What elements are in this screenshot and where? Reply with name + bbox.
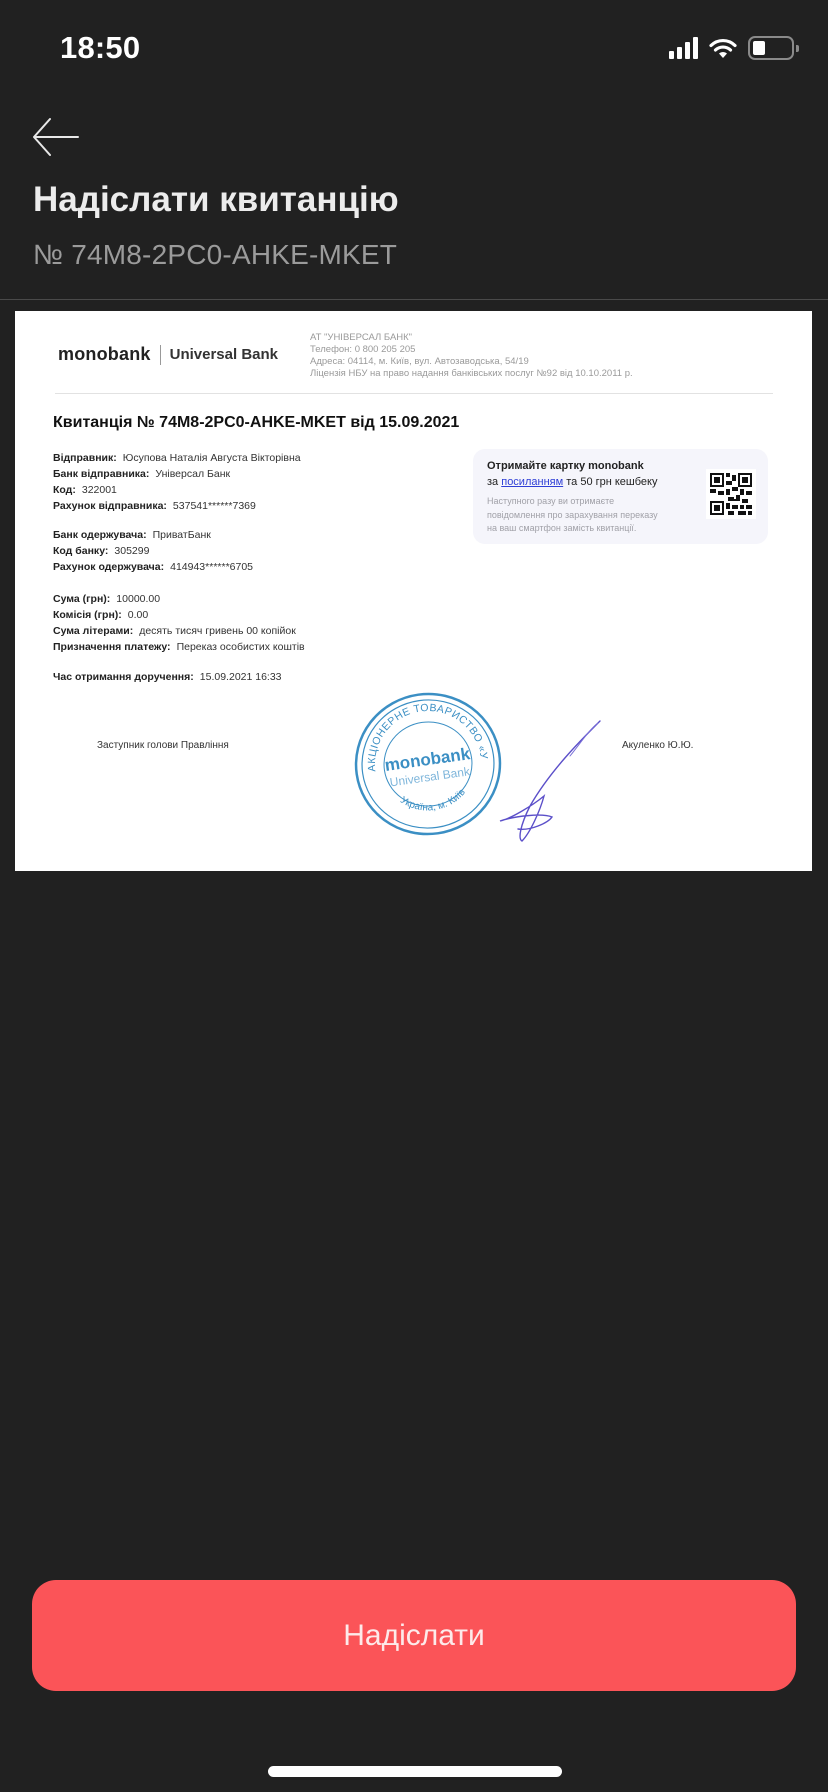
field-value: 414943******6705 — [170, 561, 253, 573]
logo-sub: Universal Bank — [170, 346, 278, 363]
bank-info-line: Адреса: 04114, м. Київ, вул. Автозаводсь… — [310, 356, 633, 368]
header-divider — [0, 299, 828, 300]
field-value: 305299 — [114, 545, 149, 557]
amount-fields: Сума (грн):10000.00Комісія (грн):0.00Сум… — [53, 591, 305, 655]
field-value: 537541******7369 — [173, 500, 256, 512]
promo-note: Наступного разу ви отримаєте повідомленн… — [487, 495, 662, 536]
field-value: Переказ особистих коштів — [177, 641, 305, 653]
field-value: Універсал Банк — [155, 468, 230, 480]
status-icons — [669, 36, 794, 60]
field-value: ПриватБанк — [153, 529, 211, 541]
field-row: Код:322001 — [53, 482, 301, 498]
field-label: Час отримання доручення: — [53, 671, 194, 683]
field-row: Призначення платежу:Переказ особистих ко… — [53, 639, 305, 655]
field-value: 10000.00 — [116, 593, 160, 605]
wifi-icon — [708, 37, 738, 59]
field-value: Юсупова Наталія Августа Вікторівна — [123, 452, 301, 464]
back-button[interactable] — [30, 112, 84, 162]
cellular-signal-icon — [669, 37, 698, 59]
field-label: Рахунок одержувача: — [53, 561, 164, 573]
bank-info-line: АТ "УНІВЕРСАЛ БАНК" — [310, 332, 633, 344]
field-label: Комісія (грн): — [53, 609, 122, 621]
field-label: Сума (грн): — [53, 593, 110, 605]
bank-info: АТ "УНІВЕРСАЛ БАНК" Телефон: 0 800 205 2… — [310, 332, 633, 380]
bank-info-line: Телефон: 0 800 205 205 — [310, 344, 633, 356]
qr-code-icon — [706, 469, 756, 519]
signatory-name: Акуленко Ю.Ю. — [622, 740, 693, 751]
promo-card: Отримайте картку monobank за посиланням … — [473, 449, 768, 544]
field-label: Відправник: — [53, 452, 117, 464]
field-label: Рахунок відправника: — [53, 500, 167, 512]
field-row: Рахунок відправника:537541******7369 — [53, 498, 301, 514]
arrow-left-icon — [30, 112, 84, 162]
promo-line: за посиланням та 50 грн кешбеку — [487, 476, 657, 488]
field-row: Сума (грн):10000.00 — [53, 591, 305, 607]
field-row: Відправник:Юсупова Наталія Августа Вікто… — [53, 450, 301, 466]
status-time: 18:50 — [60, 30, 140, 66]
field-label: Сума літерами: — [53, 625, 133, 637]
send-button[interactable]: Надіслати — [32, 1580, 796, 1691]
field-row: Рахунок одержувача:414943******6705 — [53, 559, 253, 575]
svg-text:Україна, м. Київ: Україна, м. Київ — [397, 786, 470, 818]
promo-suffix: та 50 грн кешбеку — [566, 476, 657, 488]
battery-icon — [748, 36, 794, 60]
promo-link[interactable]: посиланням — [501, 476, 563, 488]
stamp-bottom-text: Україна, м. Київ — [397, 786, 470, 818]
time-fields: Час отримання доручення:15.09.2021 16:33 — [53, 669, 282, 685]
field-value: десять тисяч гривень 00 копійок — [139, 625, 296, 637]
bank-info-line: Ліцензія НБУ на право надання банківськи… — [310, 368, 633, 380]
document-divider — [55, 393, 773, 394]
receipt-number: № 74M8-2PC0-AHKE-MKET — [33, 239, 397, 271]
signatory-position: Заступник голови Правління — [97, 740, 229, 751]
signature-icon — [470, 711, 610, 851]
field-row: Комісія (грн):0.00 — [53, 607, 305, 623]
promo-prefix: за — [487, 476, 498, 488]
bank-logo: monobank Universal Bank — [58, 344, 278, 365]
field-row: Банк одержувача:ПриватБанк — [53, 527, 253, 543]
receipt-document: monobank Universal Bank АТ "УНІВЕРСАЛ БА… — [15, 311, 812, 871]
promo-heading: Отримайте картку monobank — [487, 460, 644, 472]
status-bar: 18:50 — [0, 0, 828, 100]
logo-brand: monobank — [58, 344, 151, 365]
field-row: Час отримання доручення:15.09.2021 16:33 — [53, 669, 282, 685]
logo-separator — [160, 345, 161, 365]
field-label: Банк одержувача: — [53, 529, 147, 541]
home-indicator — [268, 1766, 562, 1777]
field-value: 15.09.2021 16:33 — [200, 671, 282, 683]
field-value: 0.00 — [128, 609, 148, 621]
field-row: Банк відправника:Універсал Банк — [53, 466, 301, 482]
page-title: Надіслати квитанцію — [33, 180, 399, 220]
receipt-title: Квитанція № 74M8-2PC0-AHKE-MKET від 15.0… — [53, 414, 459, 432]
field-row: Код банку:305299 — [53, 543, 253, 559]
field-label: Код банку: — [53, 545, 108, 557]
sender-fields: Відправник:Юсупова Наталія Августа Вікто… — [53, 450, 301, 514]
field-label: Код: — [53, 484, 76, 496]
field-row: Сума літерами:десять тисяч гривень 00 ко… — [53, 623, 305, 639]
field-label: Призначення платежу: — [53, 641, 171, 653]
field-value: 322001 — [82, 484, 117, 496]
recipient-fields: Банк одержувача:ПриватБанкКод банку:3052… — [53, 527, 253, 575]
field-label: Банк відправника: — [53, 468, 149, 480]
